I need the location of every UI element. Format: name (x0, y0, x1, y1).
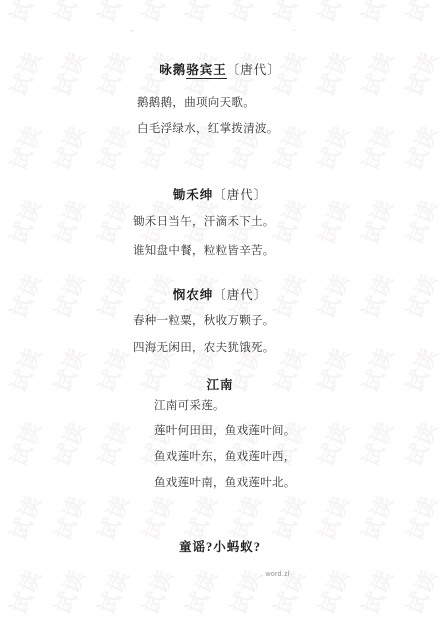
poem-line: 莲叶何田田，鱼戏莲叶间。 (154, 422, 296, 438)
footer-watermark-text: . word.zl· (261, 571, 292, 578)
poem-line: 谁知盘中餐，粒粒皆辛苦。 (133, 242, 275, 258)
poem-line: 锄禾日当午，汗滴禾下土。 (133, 213, 275, 229)
scan-artifact-dash: - (131, 26, 134, 35)
scan-artifact-bottom: · (149, 573, 152, 582)
title-segment: 咏鹅 (159, 63, 186, 77)
poem-title: 悯农绅〔唐代〕 (0, 285, 440, 303)
poem-title: 咏鹅骆宾王〔唐代〕 (0, 60, 440, 78)
title-segment: 〔唐代〕 (213, 288, 267, 302)
poem-content: 咏鹅骆宾王〔唐代〕鹅鹅鹅，曲项向天歌。白毛浮绿水，红掌拨清波。锄禾绅〔唐代〕锄禾… (0, 0, 440, 620)
title-segment: 江南 (206, 378, 233, 392)
poem-title: 锄禾绅〔唐代〕 (0, 185, 440, 203)
poem-title: 江南 (0, 375, 440, 393)
poem-line: 春种一粒粟，秋收万颗子。 (133, 312, 275, 328)
title-segment: 〔唐代〕 (213, 188, 267, 202)
poem-line: 鱼戏莲叶南，鱼戏莲叶北。 (154, 474, 296, 490)
poem-line: 鱼戏莲叶东，鱼戏莲叶西， (154, 448, 296, 464)
poem-line: 白毛浮绿水，红掌拨清波。 (137, 120, 279, 136)
title-segment: 锄禾绅 (173, 188, 214, 202)
poem-title: 童谣?小蚂蚁? (0, 537, 440, 555)
poem-author: 骆宾王 (186, 63, 227, 79)
poem-line: 鹅鹅鹅，曲项向天歌。 (137, 94, 255, 110)
poem-line: 四海无闲田，农夫犹饿死。 (133, 339, 275, 355)
title-segment: 悯农绅 (173, 288, 214, 302)
title-segment: 童谣?小蚂蚁? (179, 540, 261, 554)
poem-line: 江南可采莲。 (154, 397, 225, 413)
title-segment: 〔唐代〕 (227, 63, 281, 77)
scan-artifact-dot: · (293, 26, 296, 35)
document-page: 试读试读试读试读试读试读试读试读试读试读试读试读试读试读试读试读试读试读试读试读… (0, 0, 440, 620)
